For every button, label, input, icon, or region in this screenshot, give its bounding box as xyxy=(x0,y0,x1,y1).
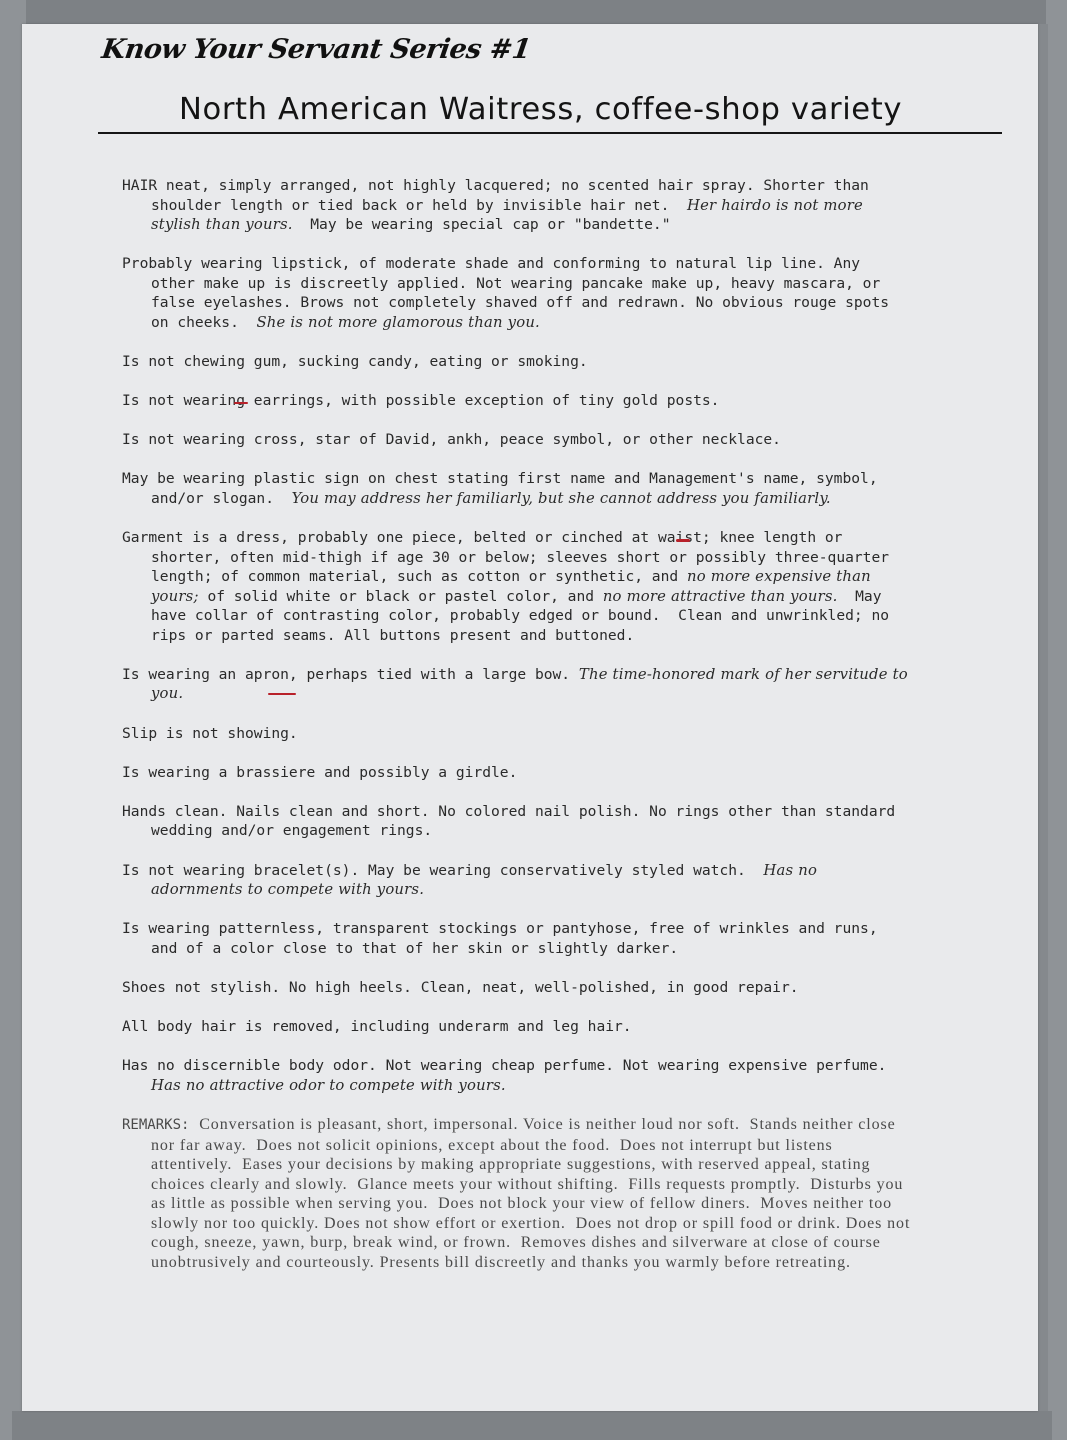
remarks-text: Conversation is pleasant, short, imperso… xyxy=(151,1116,915,1271)
list-item: Garment is a dress, probably one piece, … xyxy=(122,528,912,645)
italic-aside: She is not more glamorous than you. xyxy=(256,314,540,331)
item-text: Is not chewing gum, sucking candy, eatin… xyxy=(122,353,588,370)
item-text: Is wearing an apron, perhaps tied with a… xyxy=(122,666,579,683)
document-sheet: Know Your Servant Series #1 North Americ… xyxy=(22,24,1038,1411)
background-shadow-bottom xyxy=(12,1411,1052,1440)
item-text: Is wearing a brassiere and possibly a gi… xyxy=(122,764,517,781)
italic-aside: Has no attractive odor to compete with y… xyxy=(151,1077,506,1094)
list-item: Is not wearing earrings, with possible e… xyxy=(122,391,912,411)
list-item: Is not chewing gum, sucking candy, eatin… xyxy=(122,352,912,372)
red-ink-mark xyxy=(268,693,296,695)
remarks-paragraph: REMARKS: Conversation is pleasant, short… xyxy=(122,1115,912,1272)
item-text: Hands clean. Nails clean and short. No c… xyxy=(122,803,904,840)
red-ink-mark xyxy=(676,539,690,542)
list-item: Is not wearing cross, star of David, ank… xyxy=(122,430,912,450)
item-list: HAIR neat, simply arranged, not highly l… xyxy=(122,176,912,1095)
italic-aside: You may address her familiarly, but she … xyxy=(292,490,831,507)
red-ink-correction xyxy=(234,402,248,404)
list-item: HAIR neat, simply arranged, not highly l… xyxy=(122,176,912,235)
list-item: Has no discernible body odor. Not wearin… xyxy=(122,1056,912,1095)
list-item: Is wearing patternless, transparent stoc… xyxy=(122,919,912,958)
list-item: Is wearing a brassiere and possibly a gi… xyxy=(122,763,912,783)
background-shadow-top xyxy=(26,0,1046,26)
item-text: Is not wearing bracelet(s). May be weari… xyxy=(122,862,763,879)
item-text: Is wearing patternless, transparent stoc… xyxy=(122,920,886,957)
background-shadow-right xyxy=(1038,24,1048,1434)
item-text: Slip is not showing. xyxy=(122,725,298,742)
series-title: Know Your Servant Series #1 xyxy=(100,34,533,65)
item-text: Is not wearing cross, star of David, ank… xyxy=(122,431,781,448)
list-item: May be wearing plastic sign on chest sta… xyxy=(122,469,912,508)
page-title: North American Waitress, coffee-shop var… xyxy=(179,92,902,127)
list-item: Is not wearing bracelet(s). May be weari… xyxy=(122,861,912,900)
remarks-label: REMARKS: xyxy=(122,1117,189,1133)
item-text: Has no discernible body odor. Not wearin… xyxy=(122,1057,895,1074)
item-text: May be wearing special cap or "bandette.… xyxy=(293,216,671,233)
item-text: Is not wearing earrings, with possible e… xyxy=(122,392,719,409)
list-item: Hands clean. Nails clean and short. No c… xyxy=(122,802,912,841)
item-text: All body hair is removed, including unde… xyxy=(122,1018,632,1035)
list-item: Shoes not stylish. No high heels. Clean,… xyxy=(122,978,912,998)
list-item: All body hair is removed, including unde… xyxy=(122,1017,912,1037)
item-text: of solid white or black or pastel color,… xyxy=(199,588,603,605)
document-body: HAIR neat, simply arranged, not highly l… xyxy=(122,176,912,1272)
title-underline xyxy=(98,132,1002,134)
italic-aside: no more attractive than yours. xyxy=(603,588,838,605)
list-item: Slip is not showing. xyxy=(122,724,912,744)
list-item: Probably wearing lipstick, of moderate s… xyxy=(122,254,912,332)
list-item: Is wearing an apron, perhaps tied with a… xyxy=(122,665,912,704)
item-text: Shoes not stylish. No high heels. Clean,… xyxy=(122,979,799,996)
